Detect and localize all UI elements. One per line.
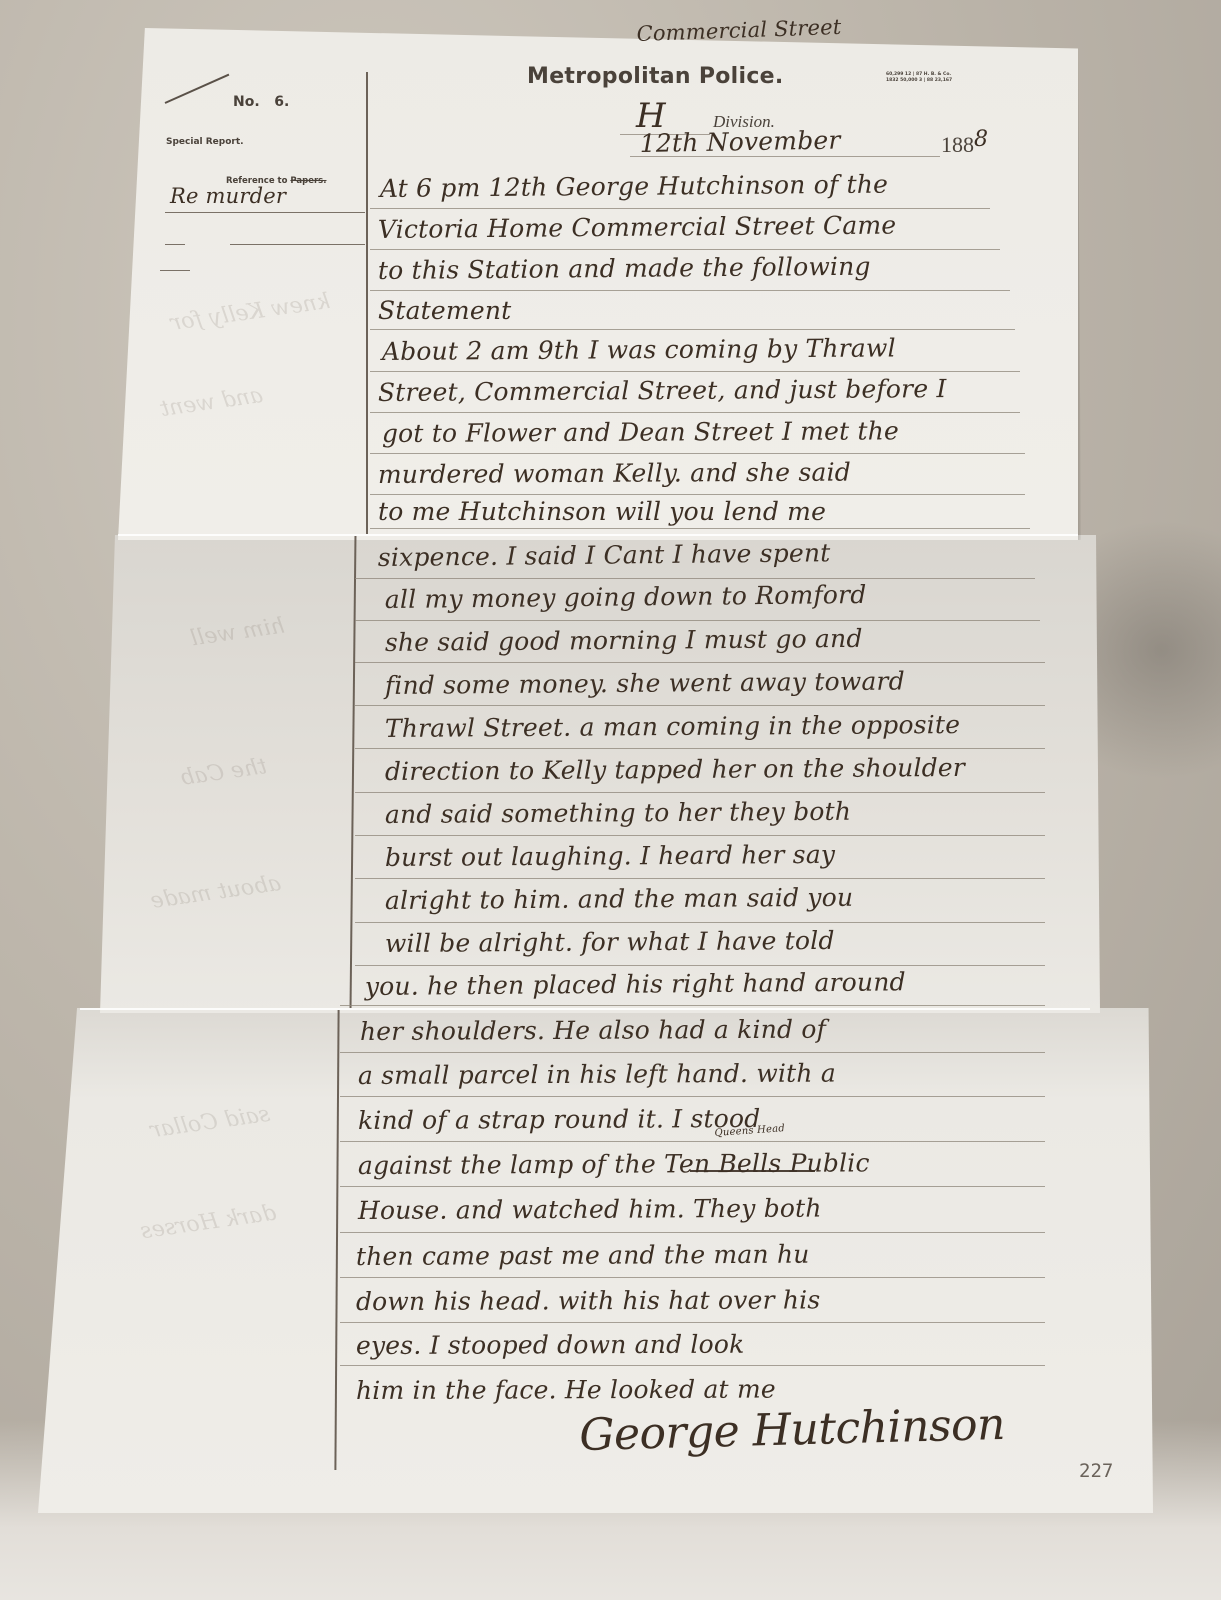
number-label: No. [233, 94, 260, 110]
special-report-label: Special Report. [166, 137, 244, 147]
ruled-line [340, 1096, 1045, 1097]
report-number: No. 6. [233, 94, 289, 110]
body-line: kind of a strap round it. I stood [358, 1104, 761, 1135]
ruled-line [370, 494, 1025, 495]
margin-rule-line [165, 212, 365, 213]
street-annotation: Commercial Street [636, 15, 842, 46]
body-line: then came past me and the man hu [356, 1240, 810, 1271]
body-line: find some money. she went away toward [385, 666, 905, 700]
body-line: a small parcel in his left hand. with a [358, 1058, 836, 1090]
page-number: 227 [1079, 1460, 1113, 1482]
ruled-line [370, 371, 1020, 372]
body-line: murdered woman Kelly. and she said [378, 458, 851, 489]
ruled-line [370, 528, 1030, 529]
ruled-line [370, 249, 1000, 250]
date-underline [630, 156, 940, 157]
ruled-line [340, 1232, 1045, 1233]
margin-rule-line [165, 244, 185, 245]
number-value: 6. [274, 94, 289, 110]
ruled-line [370, 208, 990, 209]
body-line: burst out laughing. I heard her say [385, 840, 836, 872]
body-line: him in the face. He looked at me [356, 1375, 776, 1405]
ruled-line [355, 835, 1045, 836]
body-line: Statement [378, 296, 511, 325]
ruled-line [355, 965, 1045, 966]
body-line: down his head. with his hat over his [356, 1285, 821, 1316]
year-suffix: 8 [974, 127, 988, 152]
year-printed: 1888 [941, 132, 988, 158]
body-line: her shoulders. He also had a kind of [360, 1015, 826, 1046]
body-line: Victoria Home Commercial Street Came [378, 210, 897, 244]
body-line: to me Hutchinson will you lend me [378, 497, 826, 526]
body-line: At 6 pm 12th George Hutchinson of the [380, 170, 888, 203]
ruled-line [355, 705, 1045, 706]
ruled-line [355, 792, 1045, 793]
body-line: alright to him. and the man said you [385, 883, 854, 915]
ruled-line [370, 412, 1020, 413]
document-title: Metropolitan Police. [527, 64, 784, 89]
margin-rule-line [230, 244, 365, 245]
ruled-line [355, 748, 1045, 749]
fold-crease-lower [80, 1008, 1090, 1010]
ruled-line [340, 1322, 1045, 1323]
reference-value: Re murder [170, 184, 286, 208]
ruled-line [370, 453, 1025, 454]
body-line: she said good morning I must go and [385, 624, 863, 657]
print-code-line2: 1832 50,000 3 | 88 23,167 [886, 78, 952, 84]
body-line: sixpence. I said I Cant I have spent [378, 538, 831, 572]
body-line: you. he then placed his right hand aroun… [365, 967, 906, 1001]
fold-crease-upper [118, 534, 1078, 536]
strikethrough-ten-bells [690, 1170, 815, 1172]
body-line: Thrawl Street. a man coming in the oppos… [385, 710, 960, 743]
ruled-line [340, 1005, 1045, 1006]
body-line: About 2 am 9th I was coming by Thrawl [382, 333, 896, 366]
body-line: Street, Commercial Street, and just befo… [378, 374, 947, 407]
body-line: all my money going down to Romford [385, 580, 867, 614]
ruled-line [340, 1052, 1045, 1053]
body-line: against the lamp of the Ten Bells Public [358, 1148, 870, 1180]
margin-rule-line [160, 270, 190, 271]
body-line: and said something to her they both [385, 797, 851, 829]
body-line: will be alright. for what I have told [385, 926, 835, 958]
ruled-line [340, 1186, 1045, 1187]
ruled-line [340, 1365, 1045, 1366]
body-line: House. and watched him. They both [358, 1194, 822, 1225]
ruled-line [355, 922, 1045, 923]
body-line: direction to Kelly tapped her on the sho… [385, 753, 965, 786]
ruled-line [355, 662, 1045, 663]
ruled-line [355, 578, 1035, 579]
ruled-line [370, 290, 1010, 291]
print-code: 60,299 12 | 87 H. B. & Co. 1832 50,000 3… [886, 72, 952, 84]
ruled-line [340, 1277, 1045, 1278]
date-handwritten: 12th November [639, 125, 840, 158]
body-line: to this Station and made the following [378, 252, 871, 285]
ruled-line [355, 620, 1040, 621]
ruled-line [340, 1141, 1045, 1142]
ruled-line [370, 329, 1015, 330]
margin-divider [366, 72, 368, 534]
ruled-line [355, 878, 1045, 879]
body-line: eyes. I stooped down and look [356, 1330, 745, 1360]
papers-struck: Papers. [290, 176, 326, 186]
year-prefix: 188 [941, 132, 974, 157]
body-line: got to Flower and Dean Street I met the [382, 416, 899, 448]
